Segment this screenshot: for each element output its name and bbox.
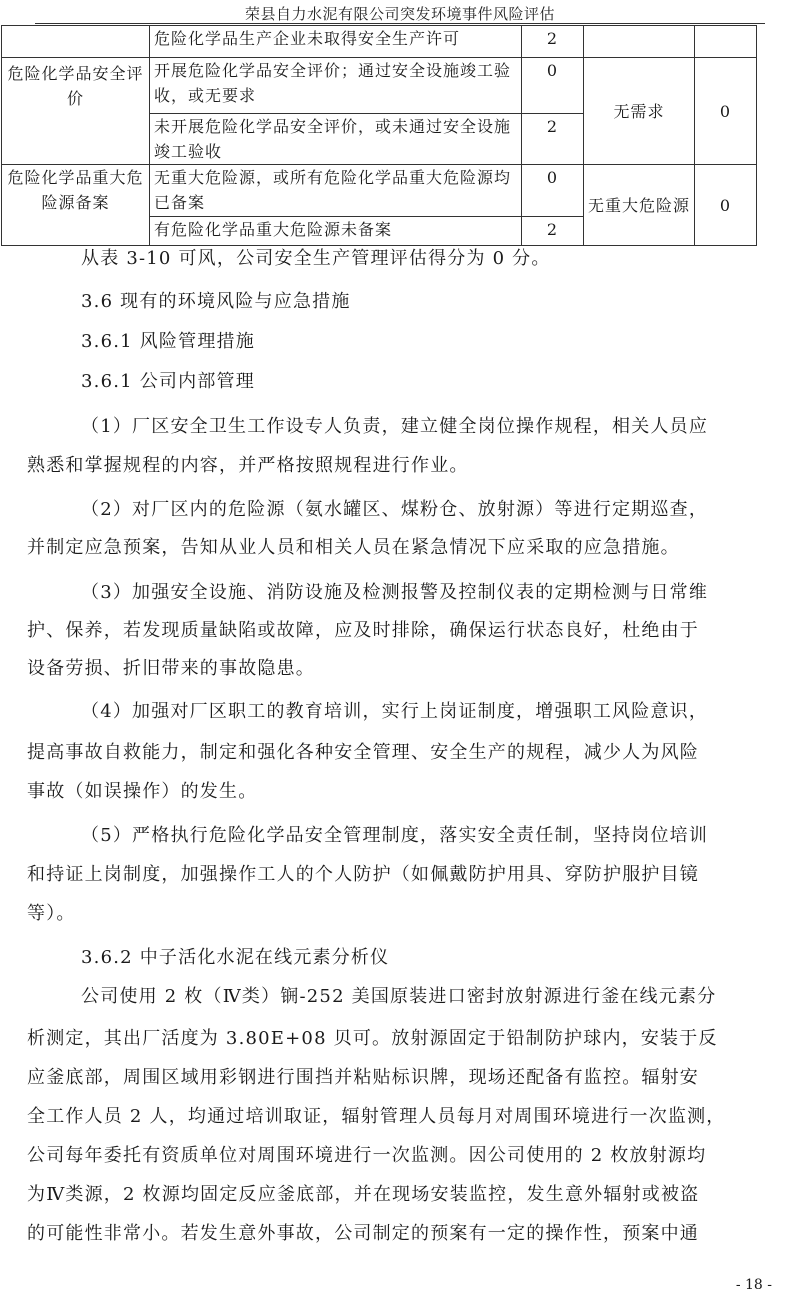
criterion-cell: 未开展危险化学品安全评价，或未通过安全设施竣工验收 <box>150 114 522 165</box>
paragraph-4-line: 提高事故自救能力，制定和强化各种安全管理、安全生产的规程，减少人为风险 <box>27 738 800 764</box>
result-score-cell: 0 <box>695 58 757 165</box>
score-cell: 0 <box>522 165 584 217</box>
criterion-cell: 无重大危险源，或所有危险化学品重大危险源均已备案 <box>150 165 522 217</box>
paragraph-2-line: 并制定应急预案，告知从业人员和相关人员在紧急情况下应采取的应急措施。 <box>27 533 800 559</box>
paragraph-5-line: （5）严格执行危险化学品安全管理制度，落实安全责任制，坚持岗位培训 <box>81 821 800 847</box>
criterion-cell: 开展危险化学品安全评价；通过安全设施竣工验收，或无要求 <box>150 58 522 114</box>
paragraph-6-line: 应釜底部，周围区域用彩钢进行围挡并粘贴标识牌，现场还配备有监控。辐射安 <box>27 1063 800 1089</box>
score-cell: 2 <box>522 114 584 165</box>
criterion-cell: 有危险化学品重大危险源未备案 <box>150 216 522 245</box>
status-cell: 无重大危险源 <box>584 165 695 246</box>
section-heading-3-6-1-internal: 3.6.1 公司内部管理 <box>81 367 800 393</box>
paragraph-4-line: 事故（如误操作）的发生。 <box>27 777 800 803</box>
paragraph-6-line: 公司使用 2 枚（Ⅳ类）锎-252 美国原装进口密封放射源进行釜在线元素分 <box>81 982 800 1008</box>
paragraph-6-line: 为Ⅳ类源，2 枚源均固定反应釜底部，并在现场安装监控，发生意外辐射或被盗 <box>27 1180 800 1206</box>
page-number: - 18 - <box>736 1277 772 1293</box>
paragraph-5-line: 等）。 <box>27 899 800 925</box>
paragraph-1-line: 熟悉和掌握规程的内容，并严格按照规程进行作业。 <box>27 451 800 477</box>
paragraph-1-line: （1）厂区安全卫生工作设专人负责，建立健全岗位操作规程，相关人员应 <box>81 412 800 438</box>
score-cell: 0 <box>522 58 584 114</box>
section-heading-3-6-1-risk: 3.6.1 风险管理措施 <box>81 327 800 353</box>
paragraph-2-line: （2）对厂区内的危险源（氨水罐区、煤粉仓、放射源）等进行定期巡查， <box>81 495 800 521</box>
paragraph-6-line: 公司每年委托有资质单位对周围环境进行一次监测。因公司使用的 2 枚放射源均 <box>27 1141 800 1167</box>
score-cell: 2 <box>522 26 584 58</box>
table-row: 危险化学品重大危险源备案 无重大危险源，或所有危险化学品重大危险源均已备案 0 … <box>2 165 757 217</box>
paragraph-6-line: 的可能性非常小。若发生意外事故，公司制定的预案有一定的操作性，预案中通 <box>27 1219 800 1245</box>
paragraph-6-line: 全工作人员 2 人，均通过培训取证，辐射管理人员每月对周围环境进行一次监测， <box>27 1102 800 1128</box>
paragraph-4-line: （4）加强对厂区职工的教育培训，实行上岗证制度，增强职工风险意识， <box>81 697 800 723</box>
criterion-cell: 危险化学品生产企业未取得安全生产许可 <box>150 26 522 58</box>
category-cell <box>2 26 150 58</box>
paragraph-5-line: 和持证上岗制度，加强操作工人的个人防护（如佩戴防护用具、穿防护服护目镜 <box>27 860 800 886</box>
result-score-cell <box>695 26 757 58</box>
category-cell: 危险化学品安全评价 <box>2 58 150 165</box>
section-heading-3-6: 3.6 现有的环境风险与应急措施 <box>81 287 800 313</box>
section-heading-3-6-2: 3.6.2 中子活化水泥在线元素分析仪 <box>81 943 800 969</box>
table-row: 危险化学品生产企业未取得安全生产许可 2 <box>2 26 757 58</box>
category-cell: 危险化学品重大危险源备案 <box>2 165 150 246</box>
result-score-cell: 0 <box>695 165 757 246</box>
paragraph-3-line: 设备劳损、折旧带来的事故隐患。 <box>27 654 800 680</box>
paragraph-3-line: 护、保养，若发现质量缺陷或故障，应及时排除，确保运行状态良好，杜绝由于 <box>27 616 800 642</box>
paragraph-3-line: （3）加强安全设施、消防设施及检测报警及控制仪表的定期检测与日常维 <box>81 578 800 604</box>
risk-assessment-table: 危险化学品生产企业未取得安全生产许可 2 危险化学品安全评价 开展危险化学品安全… <box>1 25 757 246</box>
header-rule <box>35 23 765 24</box>
table-summary: 从表 3-10 可风，公司安全生产管理评估得分为 0 分。 <box>81 244 800 270</box>
status-cell <box>584 26 695 58</box>
score-cell: 2 <box>522 216 584 245</box>
paragraph-6-line: 析测定，其出厂活度为 3.80E+08 贝可。放射源固定于铅制防护球内，安装于反 <box>27 1024 800 1050</box>
table-row: 危险化学品安全评价 开展危险化学品安全评价；通过安全设施竣工验收，或无要求 0 … <box>2 58 757 114</box>
status-cell: 无需求 <box>584 58 695 165</box>
page-header-title: 荣县自力水泥有限公司突发环境事件风险评估 <box>0 3 800 24</box>
